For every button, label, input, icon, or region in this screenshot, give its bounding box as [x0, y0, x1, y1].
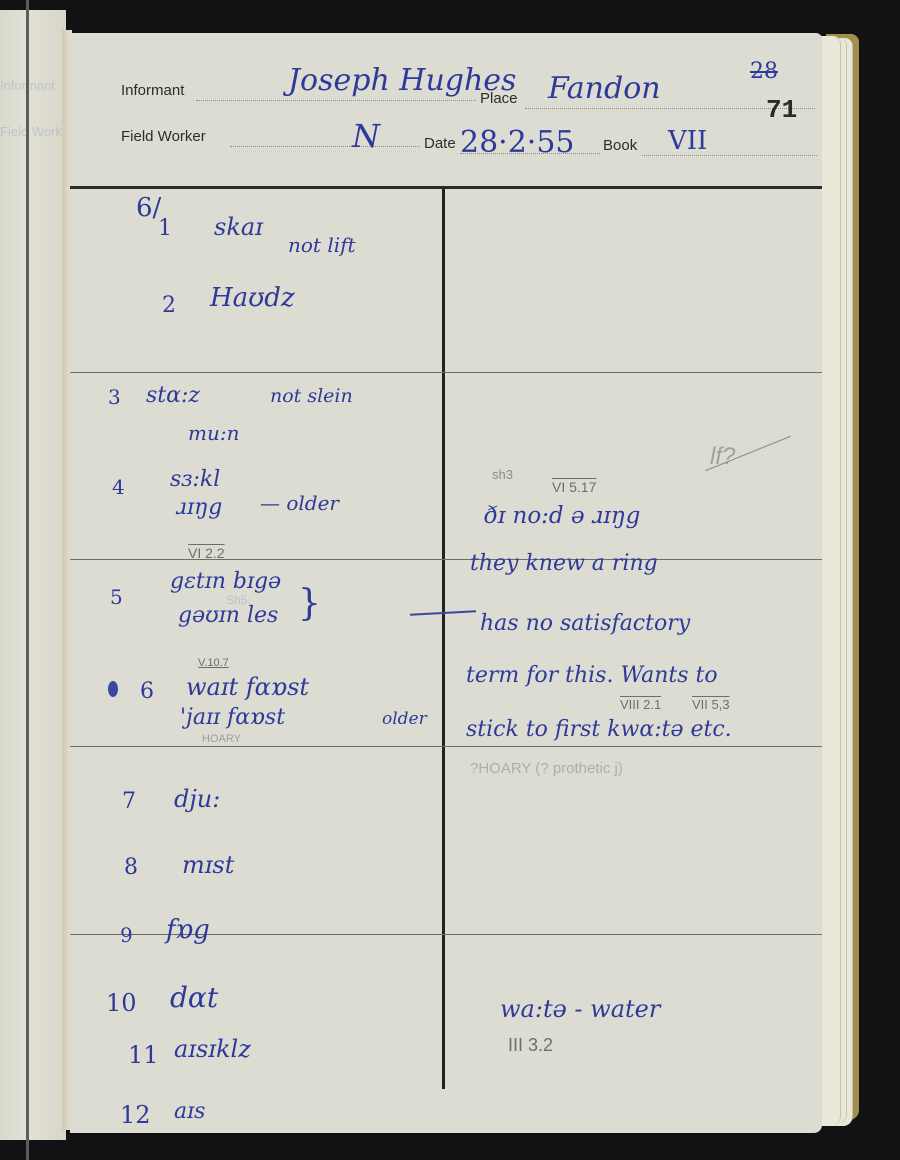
item-form: stɑ:z	[146, 383, 200, 408]
field-worker-value: N	[352, 117, 380, 155]
right-form: ðɪ no:d ə ɹɪŋg	[484, 503, 640, 529]
notebook-page: Informant Joseph Hughes Place Fandon Fie…	[70, 33, 822, 1133]
facing-page-edge	[26, 0, 29, 1160]
item-form: Haʊdz	[210, 283, 295, 313]
informant-label: Informant	[121, 82, 184, 99]
item-number: 12	[120, 1101, 151, 1129]
reference-mark: III 3.2	[508, 1035, 553, 1056]
place-value: Fandon	[548, 71, 661, 106]
item-number: 11	[128, 1041, 159, 1069]
section-rule-3	[70, 746, 822, 747]
item-form: gəʊɪn les	[178, 603, 278, 628]
facing-page-field-worker-label: Field Work	[0, 124, 62, 139]
reference-mark: VI 2.2	[188, 545, 225, 561]
item-form: mɪst	[182, 851, 234, 879]
pencil-note: ?HOARY (? prothetic j)	[470, 760, 623, 777]
informant-dotted-line	[196, 100, 476, 101]
reference-mark: V.10.7	[198, 657, 229, 669]
item-note: — older	[260, 491, 339, 515]
right-comment: has no satisfactory	[480, 611, 690, 636]
facing-page	[0, 10, 66, 1140]
item-form: gɛtɪn bɪgə	[170, 569, 281, 594]
ink-blot	[108, 681, 118, 697]
section-rule-2	[70, 559, 822, 560]
item-note: older	[382, 709, 427, 729]
right-form: wa:tə - water	[500, 995, 660, 1023]
item-number: 5	[110, 585, 123, 609]
page-number: 71	[766, 95, 797, 125]
field-worker-label: Field Worker	[121, 128, 206, 145]
book-value: VII	[668, 126, 707, 156]
book-label: Book	[603, 137, 637, 154]
item-number: 6	[140, 679, 154, 704]
column-divider	[442, 189, 445, 1089]
item-form: waɪt fɑɒst	[186, 673, 309, 701]
item-number: 8	[124, 855, 138, 880]
item-number: 1	[158, 216, 172, 241]
reference-mark: VII 5,3	[692, 697, 730, 712]
item-form: mu:n	[188, 421, 239, 445]
item-form: skaɪ	[214, 213, 263, 241]
field-worker-dotted-line	[230, 146, 420, 147]
item-number: 3	[108, 385, 121, 409]
item-form: fɒg	[166, 915, 210, 945]
item-number: 10	[106, 989, 137, 1017]
item-form: ɹɪŋg	[176, 495, 222, 520]
item-number: 7	[122, 789, 136, 814]
date-label: Date	[424, 135, 456, 152]
place-label: Place	[480, 90, 518, 107]
section-rule-1	[70, 372, 822, 373]
item-form: aɪs	[174, 1099, 205, 1124]
right-gloss: they knew a ring	[470, 551, 658, 576]
item-form: aɪsɪklz	[174, 1035, 251, 1063]
reference-mark: VIII 2.1	[620, 697, 661, 712]
date-value: 28·2·55	[460, 125, 575, 160]
struck-old-page-number: 28	[750, 59, 778, 84]
item-number: 4	[112, 475, 125, 499]
right-comment: term for this. Wants to	[466, 663, 718, 688]
right-comment: stick to first kwɑ:tə etc.	[466, 717, 732, 742]
item-form: dju:	[174, 785, 220, 813]
item-form: 'jaɪɪ fɑɒst	[180, 705, 285, 730]
header-rule	[70, 186, 822, 189]
pencil-note: HOARY	[202, 733, 241, 745]
item-number: 2	[162, 293, 176, 318]
reference-mark: VI 5.17	[552, 479, 596, 495]
item-form: dɑt	[170, 981, 218, 1014]
item-form: sɜ:kl	[170, 467, 220, 492]
item-number: 9	[120, 923, 133, 947]
brace-mark: }	[298, 583, 321, 624]
item-note: not slein	[270, 385, 353, 407]
item-note: not lift	[288, 233, 356, 257]
pencil-note: sh3	[492, 467, 513, 482]
